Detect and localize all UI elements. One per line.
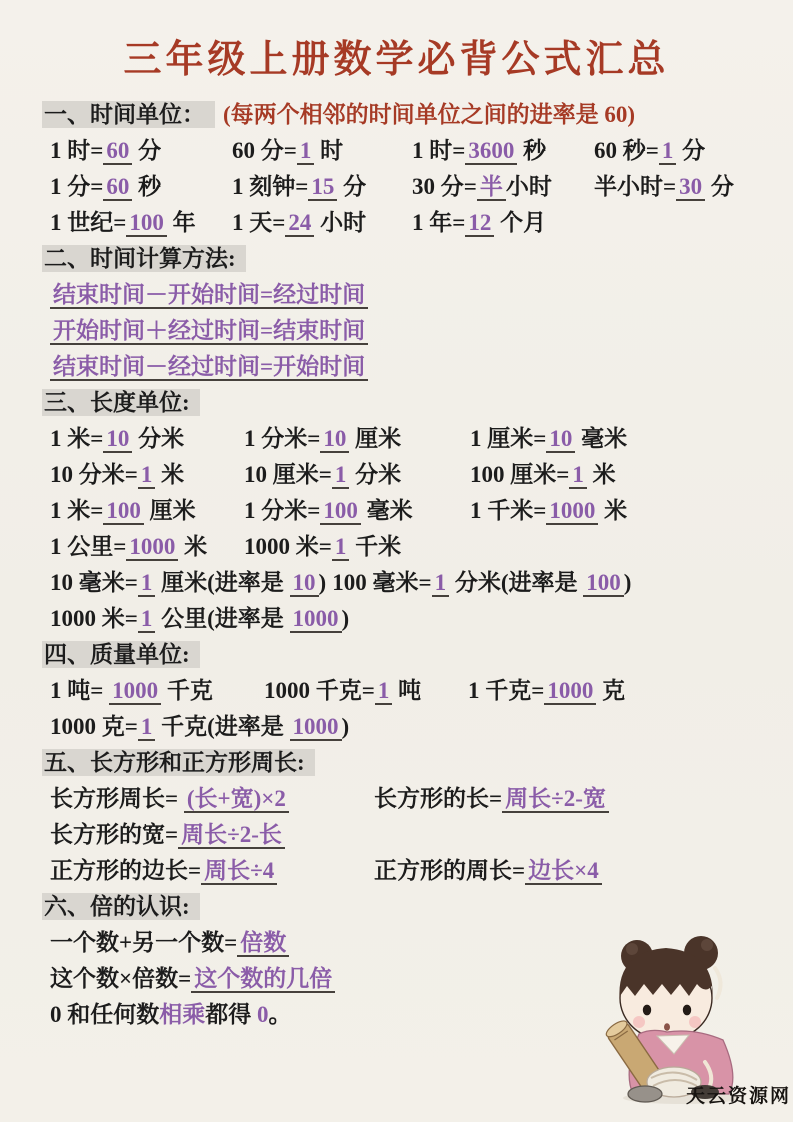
formula-row: 10 分米=1 米10 厘米=1 分米100 厘米=1 米 [42,457,779,493]
formula-text: 10 毫米= [50,570,138,595]
formula-text: 长方形周长= [50,786,184,811]
section-heading: 二、时间计算方法: [42,245,246,272]
formula-text: 半小时= [594,174,676,199]
formula-text: 千克 [161,678,213,703]
formula-text: 分米 [132,426,184,451]
formula-text: 米 [598,498,627,523]
filled-answer: 周长÷4 [201,858,277,885]
formula-row: 长方形的宽=周长÷2-长 [42,817,779,853]
formula-row: 1 分=60 秒1 刻钟=15 分30 分=半小时半小时=30 分 [42,169,779,205]
formula-row: 长方形周长= (长+宽)×2长方形的长=周长÷2-宽 [42,781,779,817]
section-heading: 五、长方形和正方形周长: [42,749,315,776]
formula-text: 1 时= [412,138,465,163]
formula-text: 1000 千克= [264,678,375,703]
formula-cell: 1 吨= 1000 千克 [50,673,258,709]
formula-text: 1 分米= [244,498,320,523]
formula-text: ) [319,570,327,595]
formula-cell: 开始时间＋经过时间=结束时间 [50,313,368,349]
formula-row: 正方形的边长=周长÷4正方形的周长=边长×4 [42,853,779,889]
filled-answer: 12 [465,210,494,237]
formula-text: 1 时= [50,138,103,163]
filled-answer: 结束时间－开始时间=经过时间 [50,282,368,309]
watermark: 天云资源网 [686,1081,791,1108]
formula-cell: 10 厘米=1 分米 [244,457,464,493]
formula-text: 30 分= [412,174,477,199]
filled-answer: 1 [332,462,350,489]
filled-answer: 1 [138,570,156,597]
filled-answer: 100 [103,498,144,525]
section-heading-row: 六、倍的认识: [42,889,779,925]
formula-text: 年 [167,210,196,235]
page-title: 三年级上册数学必背公式汇总 [0,0,793,83]
formula-cell: 0 和任何数相乘都得 0。 [50,997,292,1033]
formula-cell: 1 米=10 分米 [50,421,238,457]
formula-cell: 1000 千克=1 吨 [264,673,462,709]
formula-row: 0 和任何数相乘都得 0。 [42,997,779,1033]
filled-answer: 1 [138,462,156,489]
filled-answer: 1 [138,714,156,741]
formula-text: 正方形的周长= [374,858,525,883]
formula-row: 1 时=60 分60 分=1 时1 时=3600 秒60 秒=1 分 [42,133,779,169]
formula-cell: 100 毫米=1 分米(进率是 100) [332,565,631,601]
formula-text: ) [342,714,350,739]
filled-answer: 1000 [290,606,342,633]
answer-highlight: 相乘 [159,1002,205,1027]
formula-text: 吨 [392,678,421,703]
formula-row: 10 毫米=1 厘米(进率是 10)100 毫米=1 分米(进率是 100) [42,565,779,601]
formula-text: 1 天= [232,210,285,235]
formula-text: 1 千米= [470,498,546,523]
formula-text: 1000 克= [50,714,138,739]
filled-answer: 半 [477,174,506,201]
formula-cell: 60 秒=1 分 [594,133,705,169]
filled-answer: 这个数的几倍 [191,966,335,993]
formula-text: 毫米 [361,498,413,523]
formula-row: 一个数+另一个数=倍数 [42,925,779,961]
formula-cell: 1 年=12 个月 [412,205,588,241]
formula-text: 千克(进率是 [155,714,289,739]
filled-answer: 15 [308,174,337,201]
formula-text: 秒 [517,138,546,163]
filled-answer: 60 [103,174,132,201]
formula-text: 克 [596,678,625,703]
filled-answer: 1000 [546,498,598,525]
section: 三、长度单位:1 米=10 分米1 分米=10 厘米1 厘米=10 毫米10 分… [42,385,779,637]
section-heading: 三、长度单位: [42,389,200,416]
formula-cell: 一个数+另一个数=倍数 [50,925,289,961]
formula-cell: 半小时=30 分 [594,169,734,205]
formula-cell: 30 分=半小时 [412,169,588,205]
formula-text: 10 分米= [50,462,138,487]
section-note: (每两个相邻的时间单位之间的进率是 60) [223,102,635,127]
formula-text: 分 [705,174,734,199]
formula-row: 1000 克=1 千克(进率是 1000) [42,709,779,745]
section-heading-row: 一、时间单位：(每两个相邻的时间单位之间的进率是 60) [42,97,779,133]
formula-cell: 100 厘米=1 米 [470,457,616,493]
formula-cell: 1 刻钟=15 分 [232,169,406,205]
formula-cell: 长方形周长= (长+宽)×2 [50,781,368,817]
filled-answer: 1 [375,678,393,705]
formula-row: 1 世纪=100 年1 天=24 小时1 年=12 个月 [42,205,779,241]
formula-cell: 结束时间－开始时间=经过时间 [50,277,368,313]
formula-text: 1 分= [50,174,103,199]
section-heading-row: 三、长度单位: [42,385,779,421]
formula-text: 60 分= [232,138,297,163]
filled-answer: 10 [290,570,319,597]
formula-text: 长方形的宽= [50,822,178,847]
filled-answer: 开始时间＋经过时间=结束时间 [50,318,368,345]
formula-text: 毫米 [575,426,627,451]
filled-answer: 60 [103,138,132,165]
formula-text: 小时 [506,174,552,199]
formula-cell: 1000 米=1 公里(进率是 1000) [50,601,349,637]
filled-answer: 3600 [465,138,517,165]
formula-cell: 1000 克=1 千克(进率是 1000) [50,709,349,745]
formula-text: 小时 [314,210,366,235]
formula-row: 结束时间－开始时间=经过时间 [42,277,779,313]
filled-answer: 1000 [126,534,178,561]
filled-answer: 24 [285,210,314,237]
formula-text: 。 [269,1002,292,1027]
formula-row: 开始时间＋经过时间=结束时间 [42,313,779,349]
formula-cell: 10 毫米=1 厘米(进率是 10) [50,565,326,601]
formula-row: 1 吨= 1000 千克1000 千克=1 吨1 千克=1000 克 [42,673,779,709]
formula-cell: 1 厘米=10 毫米 [470,421,627,457]
formula-text: 米 [155,462,184,487]
formula-text: 1000 米= [244,534,332,559]
formula-row: 1000 米=1 公里(进率是 1000) [42,601,779,637]
formula-cell: 1 分米=100 毫米 [244,493,464,529]
filled-answer: 10 [320,426,349,453]
formula-cell: 1 米=100 厘米 [50,493,238,529]
formula-cell: 长方形的宽=周长÷2-长 [50,817,368,853]
filled-answer: 1000 [109,678,161,705]
filled-answer: 1000 [544,678,596,705]
formula-text: 1 米= [50,498,103,523]
formula-cell: 1 分米=10 厘米 [244,421,464,457]
formula-row: 1 公里=1000 米1000 米=1 千米 [42,529,779,565]
section: 五、长方形和正方形周长:长方形周长= (长+宽)×2长方形的长=周长÷2-宽长方… [42,745,779,889]
formula-text: 分米 [349,462,401,487]
formula-text: 长方形的长= [374,786,502,811]
formula-text: ) [342,606,350,631]
formula-cell: 1 时=60 分 [50,133,226,169]
formula-cell: 1 天=24 小时 [232,205,406,241]
filled-answer: 1 [432,570,450,597]
section-heading: 四、质量单位: [42,641,200,668]
formula-text: 100 毫米= [332,570,431,595]
formula-text: 秒 [132,174,161,199]
formula-text: 1 世纪= [50,210,126,235]
filled-answer: 30 [676,174,705,201]
filled-answer: 1 [138,606,156,633]
formula-text: 千米 [349,534,401,559]
filled-answer: 10 [546,426,575,453]
filled-answer: 倍数 [237,930,289,957]
section: 四、质量单位:1 吨= 1000 千克1000 千克=1 吨1 千克=1000 … [42,637,779,745]
section-heading-row: 五、长方形和正方形周长: [42,745,779,781]
filled-answer: 1 [332,534,350,561]
formula-text: 1 公里= [50,534,126,559]
filled-answer: 100 [126,210,167,237]
formula-cell: 结束时间－经过时间=开始时间 [50,349,368,385]
formula-cell: 1 世纪=100 年 [50,205,226,241]
formula-text: 分 [132,138,161,163]
formula-cell: 10 分米=1 米 [50,457,238,493]
formula-text: 厘米 [144,498,196,523]
formula-text: 1000 米= [50,606,138,631]
section-heading-row: 四、质量单位: [42,637,779,673]
filled-answer: 周长÷2-宽 [502,786,609,813]
formula-text: ) [624,570,632,595]
filled-answer: (长+宽)×2 [184,786,289,813]
filled-answer: 周长÷2-长 [178,822,285,849]
formula-cell: 1 千克=1000 克 [468,673,625,709]
formula-cell: 1 千米=1000 米 [470,493,627,529]
formula-text: 一个数+另一个数= [50,930,237,955]
formula-text: 公里(进率是 [155,606,289,631]
filled-answer: 1000 [290,714,342,741]
filled-answer: 100 [583,570,624,597]
formula-text: 1 千克= [468,678,544,703]
formula-row: 1 米=10 分米1 分米=10 厘米1 厘米=10 毫米 [42,421,779,457]
formula-cell: 正方形的边长=周长÷4 [50,853,368,889]
formula-text: 米 [587,462,616,487]
formula-text: 1 分米= [244,426,320,451]
formula-text: 0 和任何数 [50,1002,159,1027]
formula-row: 1 米=100 厘米1 分米=100 毫米1 千米=1000 米 [42,493,779,529]
formula-text: 1 吨= [50,678,109,703]
filled-answer: 结束时间－经过时间=开始时间 [50,354,368,381]
formula-text: 1 年= [412,210,465,235]
filled-answer: 1 [297,138,315,165]
formula-text: 时 [314,138,343,163]
filled-answer: 10 [103,426,132,453]
formula-text: 分米(进率是 [449,570,583,595]
formula-text: 厘米(进率是 [155,570,289,595]
formula-text: 厘米 [349,426,401,451]
filled-answer: 1 [659,138,677,165]
formula-cell: 1 时=3600 秒 [412,133,588,169]
formula-text: 1 厘米= [470,426,546,451]
formula-text: 10 厘米= [244,462,332,487]
formula-row: 这个数×倍数=这个数的几倍 [42,961,779,997]
formula-cell: 这个数×倍数=这个数的几倍 [50,961,335,997]
formula-cell: 1 分=60 秒 [50,169,226,205]
formula-text: 1 米= [50,426,103,451]
formula-cell: 60 分=1 时 [232,133,406,169]
formula-text: 米 [178,534,207,559]
section-heading: 一、时间单位： [42,101,215,128]
answer-highlight: 0 [257,1002,269,1027]
formula-cell: 正方形的周长=边长×4 [374,853,602,889]
formula-text: 个月 [494,210,546,235]
filled-answer: 100 [320,498,361,525]
section-heading-row: 二、时间计算方法: [42,241,779,277]
formula-text: 都得 [205,1002,257,1027]
formula-text: 这个数×倍数= [50,966,191,991]
formula-text: 60 秒= [594,138,659,163]
section-heading: 六、倍的认识: [42,893,200,920]
formula-cell: 1 公里=1000 米 [50,529,238,565]
formula-cell: 1000 米=1 千米 [244,529,464,565]
formula-cell: 长方形的长=周长÷2-宽 [374,781,609,817]
sections: 一、时间单位：(每两个相邻的时间单位之间的进率是 60)1 时=60 分60 分… [0,83,793,1033]
section: 六、倍的认识:一个数+另一个数=倍数这个数×倍数=这个数的几倍0 和任何数相乘都… [42,889,779,1033]
formula-text: 正方形的边长= [50,858,201,883]
filled-answer: 边长×4 [525,858,602,885]
formula-text: 1 刻钟= [232,174,308,199]
section: 一、时间单位：(每两个相邻的时间单位之间的进率是 60)1 时=60 分60 分… [42,97,779,241]
filled-answer: 1 [569,462,587,489]
formula-text: 100 厘米= [470,462,569,487]
formula-row: 结束时间－经过时间=开始时间 [42,349,779,385]
formula-text: 分 [676,138,705,163]
section: 二、时间计算方法:结束时间－开始时间=经过时间开始时间＋经过时间=结束时间结束时… [42,241,779,385]
formula-text: 分 [337,174,366,199]
